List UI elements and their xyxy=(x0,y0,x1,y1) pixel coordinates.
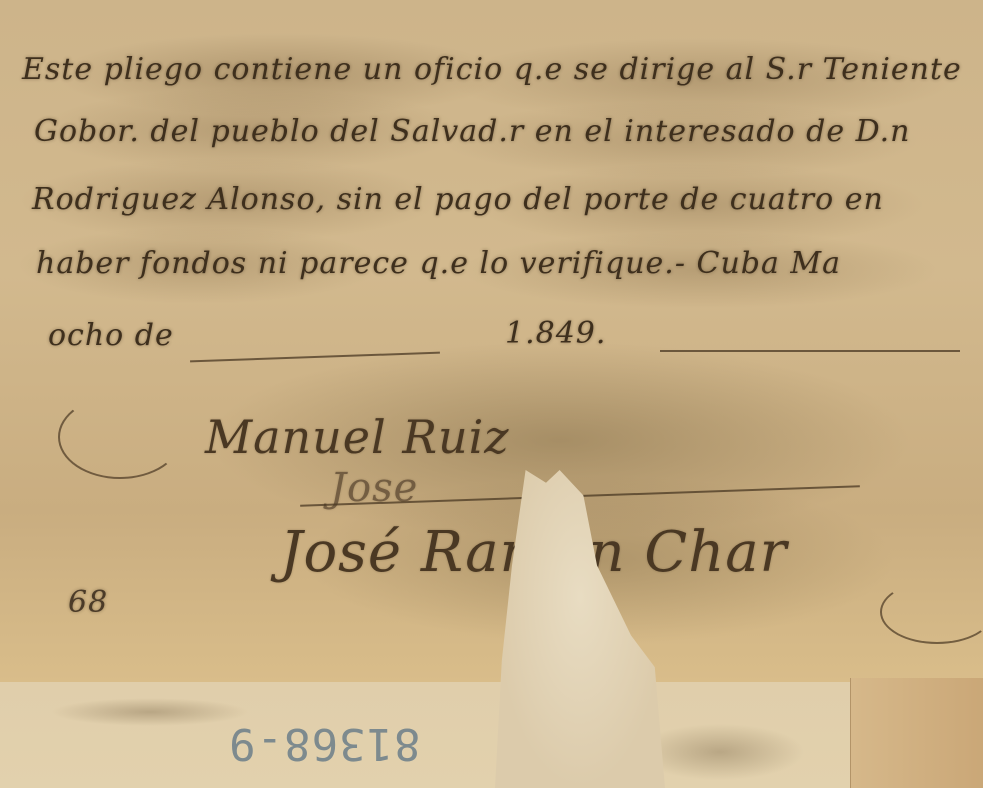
manuscript-line-3: Rodriguez Alonso, sin el pago del porte … xyxy=(32,182,884,217)
manuscript-line-5: ocho de xyxy=(48,318,174,353)
signature-flourish-right xyxy=(880,580,983,644)
date-rule-right xyxy=(660,350,960,352)
signature-first: Manuel Ruiz xyxy=(205,410,510,464)
manuscript-line-1: Este pliego contiene un oficio q.e se di… xyxy=(22,52,962,87)
folio-number: 68 xyxy=(68,585,108,620)
backing-paper xyxy=(0,682,983,788)
manuscript-year: 1.849. xyxy=(505,316,606,351)
paper-edge-strip xyxy=(850,678,983,788)
manuscript-line-2: Gobor. del pueblo del Salvad.r en el int… xyxy=(34,114,910,149)
signature-flourish xyxy=(58,395,182,479)
manuscript-line-4: haber fondos ni parece q.e lo verifique.… xyxy=(36,246,841,281)
archive-stamp: 81368-9 xyxy=(228,718,420,769)
